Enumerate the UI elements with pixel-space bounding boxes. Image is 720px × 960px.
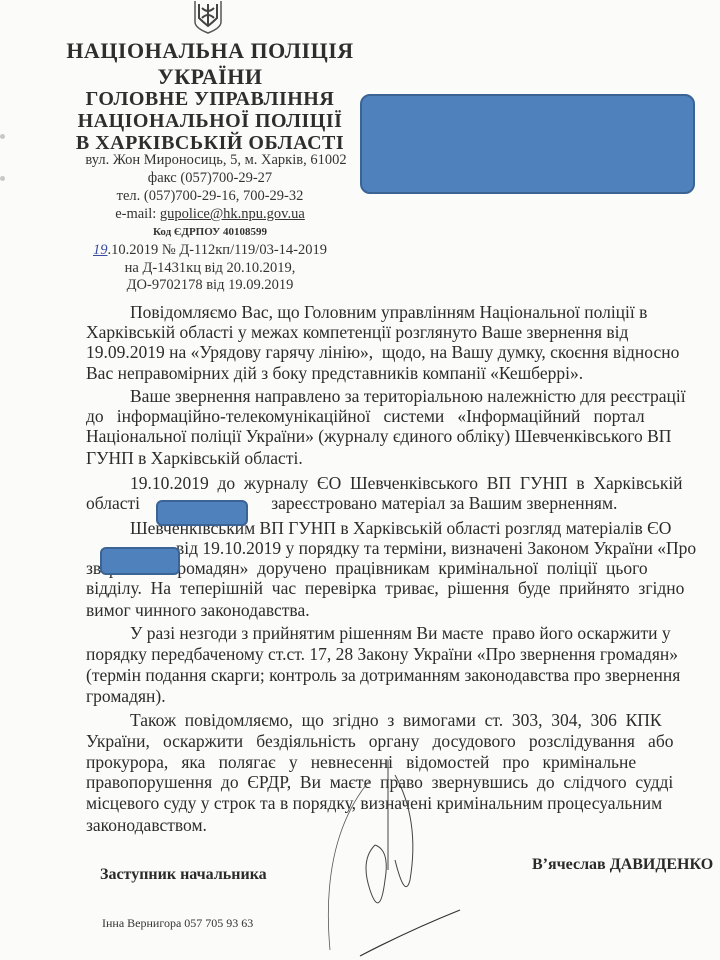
trident-coat-of-arms-icon: [191, 0, 225, 34]
signatory-position: Заступник начальника: [100, 866, 267, 884]
body-line: Також повідомляємо, що згідно з вимогами…: [86, 710, 720, 730]
ref-number-text: .10.2019 № Д-112кп/119/03-14-2019: [108, 242, 328, 258]
email-label: e-mail:: [115, 206, 160, 222]
org-name-line2: УКРАЇНИ: [60, 64, 360, 90]
executor-contact: Інна Вернигора 057 705 93 63: [102, 916, 253, 931]
redacted-registration-number: [100, 547, 180, 575]
edrpou-code: Код ЄДРПОУ 40108599: [60, 226, 360, 238]
handwritten-day: 19: [93, 242, 108, 258]
punch-hole-mark: [0, 134, 5, 139]
body-line: Вас неправомірних дій з боку представник…: [86, 363, 720, 383]
redacted-registration-number: [156, 500, 248, 526]
body-line: Ваше звернення направлено за територіаль…: [86, 386, 720, 406]
body-line: У разі незгоди з прийнятим рішенням Ви м…: [86, 623, 720, 643]
body-line: України, оскаржити бездіяльність органу …: [86, 731, 720, 751]
email-line: e-mail: gupolice@hk.npu.gov.ua: [60, 206, 360, 223]
address: вул. Жон Мироносиць, 5, м. Харків, 61002: [66, 152, 366, 169]
signatory-name: В’ячеслав ДАВИДЕНКО: [532, 856, 713, 874]
body-line: Харківській області у межах компетенції …: [86, 322, 720, 342]
ref-do-number: ДО-9702178 від 19.09.2019: [60, 277, 360, 294]
body-line: до інформаційно-телекомунікаційної систе…: [86, 406, 720, 426]
body-line: 19.10.2019 до журналу ЄО Шевченківського…: [86, 473, 720, 493]
body-line: (термін подання скарги; контроль за дотр…: [86, 665, 720, 685]
redacted-addressee: [360, 94, 695, 194]
dept-name-line1: ГОЛОВНЕ УПРАВЛІННЯ: [60, 88, 360, 111]
email-link[interactable]: gupolice@hk.npu.gov.ua: [160, 206, 305, 222]
fax: факс (057)700-29-27: [60, 170, 360, 187]
handwritten-signature: [300, 760, 480, 960]
punch-hole-mark: [0, 176, 5, 181]
body-line: Повідомляємо Вас, що Головним управління…: [86, 302, 720, 322]
body-line: звернення громадян» доручено працівникам…: [86, 558, 720, 578]
org-name-line1: НАЦІОНАЛЬНА ПОЛІЦІЯ: [60, 38, 360, 64]
body-line: порядку передбаченому ст.ст. 17, 28 Зако…: [86, 644, 720, 664]
body-line: від 19.10.2019 у порядку та терміни, виз…: [86, 538, 720, 558]
body-line: 19.09.2019 на «Урядову гарячу лінію», що…: [86, 342, 720, 362]
body-line: вимог чинного законодавства.: [86, 600, 720, 620]
dept-name-line2: НАЦІОНАЛЬНОЇ ПОЛІЦІЇ: [60, 110, 360, 133]
reference-number: 19.10.2019 № Д-112кп/119/03-14-2019: [60, 242, 360, 259]
body-line: Національної поліції України» (журналу є…: [86, 426, 720, 446]
body-line: ГУНП в Харківській області.: [86, 448, 720, 468]
ref-reply-to: на Д-1431кц від 20.10.2019,: [60, 260, 360, 277]
body-line: відділу. На теперішній час перевірка три…: [86, 578, 720, 598]
body-line: громадян).: [86, 686, 720, 706]
phone: тел. (057)700-29-16, 700-29-32: [60, 188, 360, 205]
